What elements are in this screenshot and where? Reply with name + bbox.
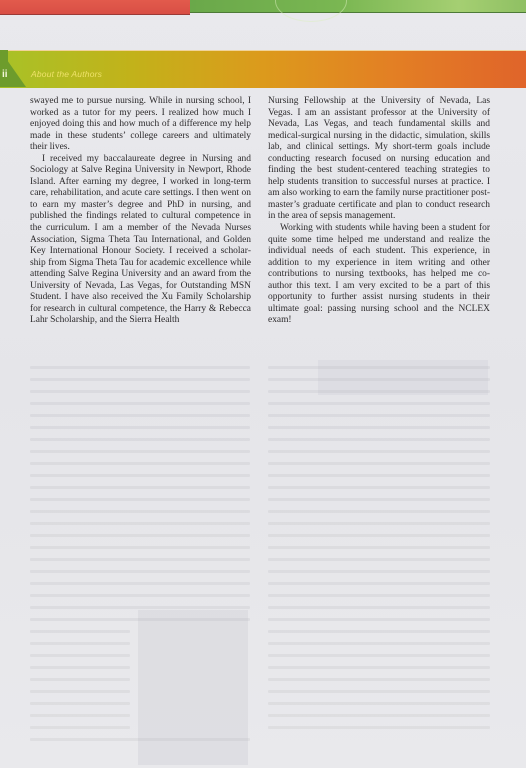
- running-header-title: About the Authors: [31, 69, 102, 79]
- paragraph: Nursing Fellowship at the University of …: [268, 96, 490, 223]
- body-column-left: swayed me to pursue nursing. While in nu…: [30, 96, 251, 327]
- body-column-right: Nursing Fellowship at the University of …: [268, 96, 490, 327]
- paragraph: I received my baccalaureate degree in Nu…: [30, 154, 251, 327]
- paragraph: Working with students while having been …: [268, 223, 490, 327]
- top-decorative-bar-green: [190, 0, 526, 13]
- top-decorative-bar-red: [0, 0, 190, 15]
- paragraph: swayed me to pursue nursing. While in nu…: [30, 96, 251, 154]
- page-number: ii: [2, 69, 8, 80]
